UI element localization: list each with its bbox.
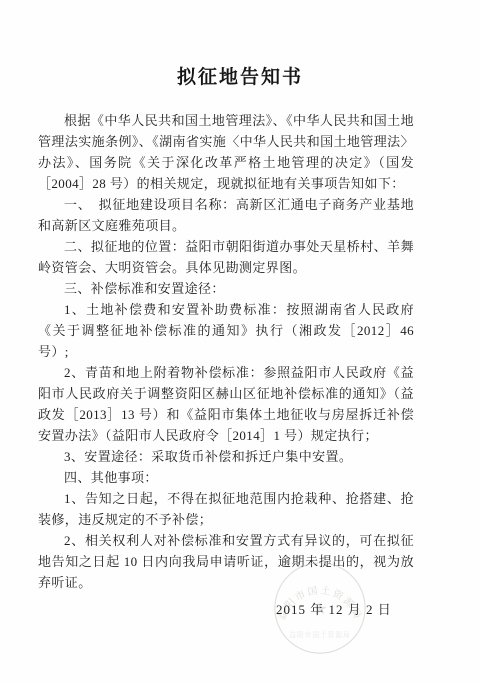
- document-title: 拟征地告知书: [0, 62, 480, 89]
- paragraph-location: 二、拟征地的位置：益阳市朝阳街道办事处天星桥村、羊舞岭资管会、大明资管会。具体见…: [38, 236, 414, 278]
- paragraph-land-compensation: 1、土地补偿费和安置补助费标准：按照湖南省人民政府《关于调整征地补偿标准的通知》…: [38, 299, 414, 362]
- paragraph-other-heading: 四、其他事项：: [38, 467, 414, 488]
- seal-bottom-text: 益阳市国土资源局: [289, 630, 350, 639]
- issue-date: 2015 年 12 月 2 日: [276, 599, 392, 618]
- document-body: 根据《中华人民共和国土地管理法》、《中华人民共和国土地管理法实施条例》、《湖南省…: [38, 110, 414, 593]
- paragraph-crops-compensation: 2、青苗和地上附着物补偿标准：参照益阳市人民政府《益阳市人民政府关于调整资阳区赫…: [38, 362, 414, 446]
- document-page: 拟征地告知书 根据《中华人民共和国土地管理法》、《中华人民共和国土地管理法实施条…: [0, 0, 480, 682]
- paragraph-compensation-heading: 三、补偿标准和安置途径：: [38, 278, 414, 299]
- paragraph-resettlement: 3、安置途径：采取货币补偿和拆迁户集中安置。: [38, 446, 414, 467]
- paragraph-project-name: 一、 拟征地建设项目名称：高新区汇通电子商务产业基地和高新区文庭雅苑项目。: [38, 194, 414, 236]
- paragraph-legal-basis: 根据《中华人民共和国土地管理法》、《中华人民共和国土地管理法实施条例》、《湖南省…: [38, 110, 414, 194]
- paragraph-prohibition: 1、告知之日起，不得在拟征地范围内抢栽种、抢搭建、抢装修，违反规定的不予补偿；: [38, 488, 414, 530]
- paragraph-hearing-rights: 2、相关权利人对补偿标准和安置方式有异议的，可在拟征地告知之日起 10 日内向我…: [38, 530, 414, 593]
